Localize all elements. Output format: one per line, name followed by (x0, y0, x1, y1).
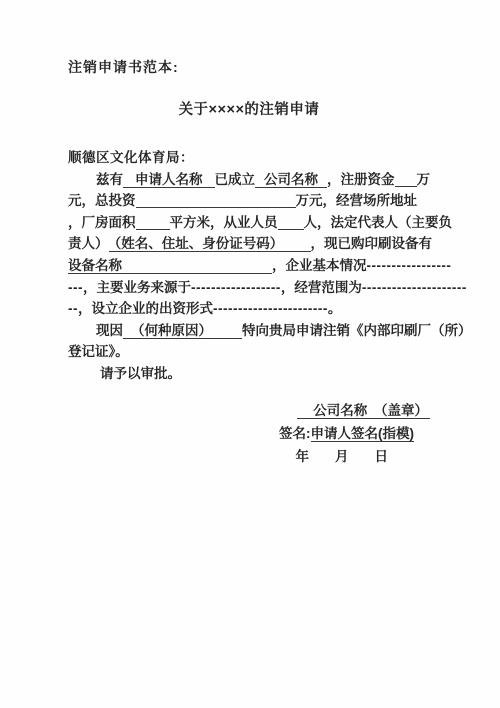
body-text-segment: 责人） (68, 236, 109, 251)
year-label: 年 (296, 449, 310, 464)
body-text-segment: 兹有 (96, 172, 123, 187)
dash-fill: --- (68, 280, 83, 295)
body-text-segment: 万元，经营场所地址 (296, 193, 418, 208)
company-seal-field: 公司名称 （盖章） (297, 403, 430, 419)
company-seal-line: 公司名称 （盖章） (68, 400, 430, 422)
body-line-9: 登记证》。 (68, 341, 430, 363)
signature-block: 公司名称 （盖章） 签名:申请人签名(指模) 年月日 (68, 400, 430, 468)
document-content: 注销申请书范本: 关于××××的注销申请 顺德区文化体育局： 兹有申请人名称已成… (0, 0, 500, 468)
doc-template-label: 注销申请书范本: (68, 57, 430, 77)
dash-fill: --------------------- (362, 280, 467, 295)
dash-fill: ----------------------- (213, 301, 328, 316)
body-text-segment: 。 (328, 301, 342, 316)
body-line-2: 元，总投资万元，经营场所地址 (68, 190, 430, 212)
dash-fill: ----------------- (367, 258, 452, 273)
body-text-segment: ，厂房面积 (68, 215, 136, 230)
reason-field: （何种原因） (123, 323, 242, 339)
body-text-segment: ，注册资金 (327, 172, 395, 187)
day-label: 日 (375, 449, 389, 464)
company-name-field: 公司名称 (255, 172, 327, 188)
body-line-10: 请予以审批。 (68, 363, 430, 385)
staff-count-blank (278, 217, 304, 230)
body-text-segment: ，企业基本情况 (272, 258, 367, 273)
body-line-1: 兹有申请人名称已成立公司名称，注册资金万 (68, 169, 430, 191)
id-info-field: （姓名、住址、身份证号码） (109, 236, 311, 252)
body-text-segment: ，现已购印刷设备有 (311, 236, 433, 251)
body-text-segment: ，主要业务来源于 (83, 280, 191, 295)
signature-line: 签名:申请人签名(指模) (68, 423, 414, 445)
body-line-3: ，厂房面积平方米，从业人员人，法定代表人（主要负 (68, 212, 430, 234)
registered-capital-blank (395, 174, 417, 187)
body-text-segment: 元，总投资 (68, 193, 136, 208)
floor-area-blank (136, 217, 170, 230)
dash-fill: -- (68, 301, 78, 316)
document-page: 注销申请书范本: 关于××××的注销申请 顺德区文化体育局： 兹有申请人名称已成… (0, 0, 500, 708)
body-line-7: --，设立企业的出资形式-----------------------。 (68, 298, 430, 320)
applicant-name-field: 申请人名称 (123, 172, 215, 188)
document-body: 兹有申请人名称已成立公司名称，注册资金万 元，总投资万元，经营场所地址 ，厂房面… (68, 169, 430, 385)
body-text-segment: 已成立 (215, 172, 256, 187)
total-investment-blank (136, 195, 296, 208)
sign-label: 签名: (279, 426, 311, 441)
body-text-segment: 平方米，从业人员 (170, 215, 278, 230)
body-line-4: 责人）（姓名、住址、身份证号码），现已购印刷设备有 (68, 233, 430, 255)
dash-fill: ------------------ (191, 280, 281, 295)
month-label: 月 (335, 449, 349, 464)
doc-title: 关于××××的注销申请 (68, 98, 430, 119)
body-text-segment: ，经营范围为 (281, 280, 362, 295)
body-text-segment: 登记证》。 (68, 344, 129, 359)
equipment-name-field: 设备名称 (68, 258, 272, 274)
date-line: 年月日 (68, 446, 388, 468)
body-text-segment: ，设立企业的出资形式 (78, 301, 213, 316)
body-text-segment: 请予以审批。 (100, 366, 181, 381)
signer-name-field: 申请人签名(指模) (311, 426, 415, 442)
body-line-8: 现因（何种原因）特向贵局申请注销《内部印刷厂（所） (68, 320, 430, 342)
body-text-segment: 万 (417, 172, 431, 187)
salutation: 顺德区文化体育局： (68, 147, 430, 169)
body-text-segment: 现因 (96, 323, 123, 338)
body-text-segment: 人，法定代表人（主要负 (304, 215, 453, 230)
body-text-segment: 特向贵局申请注销《内部印刷厂（所） (242, 323, 472, 338)
body-line-5: 设备名称，企业基本情况----------------- (68, 255, 430, 277)
body-line-6: ---，主要业务来源于------------------，经营范围为-----… (68, 277, 430, 299)
